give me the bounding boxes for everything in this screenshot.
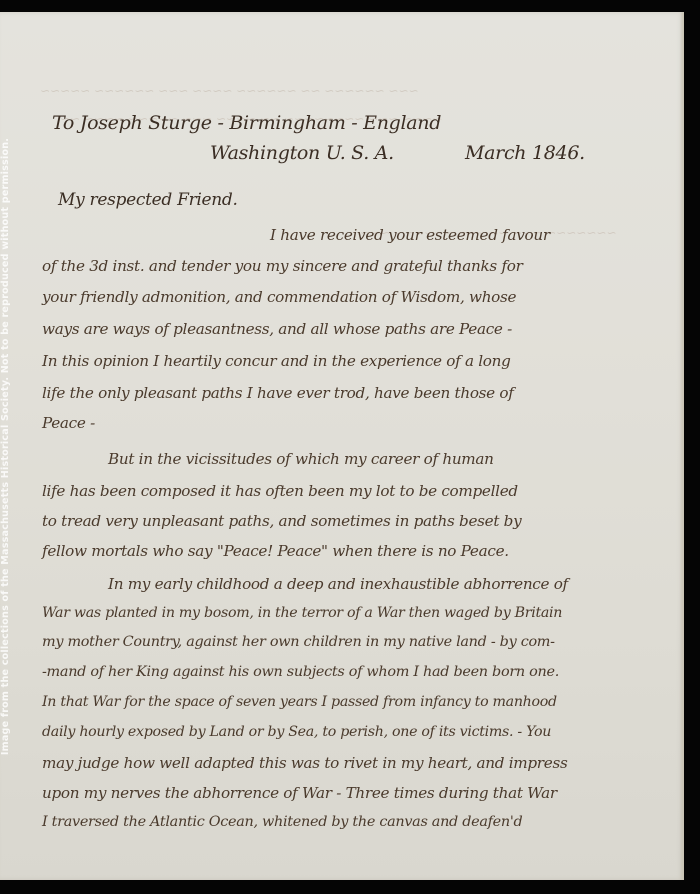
letter-line: I traversed the Atlantic Ocean, whitened… bbox=[42, 814, 522, 830]
document-viewer: ~~~ ~~~~~~ ~~ ~~~~~~ ~~~~ ~~~ ~~~~~~ ~~~… bbox=[0, 0, 700, 894]
date-line: March 1846. bbox=[465, 142, 585, 164]
letter-line: But in the vicissitudes of which my care… bbox=[108, 450, 494, 468]
letter-page: ~~~ ~~~~~~ ~~ ~~~~~~ ~~~~ ~~~ ~~~~~~ ~~~… bbox=[0, 12, 684, 880]
letter-line: your friendly admonition, and commendati… bbox=[42, 288, 516, 306]
letter-line: Peace - bbox=[42, 414, 95, 432]
letter-line: daily hourly exposed by Land or by Sea, … bbox=[42, 724, 551, 740]
letter-line: life has been composed it has often been… bbox=[42, 482, 518, 500]
letter-line: War was planted in my bosom, in the terr… bbox=[42, 605, 562, 621]
place-line: Washington U. S. A. bbox=[210, 142, 394, 164]
letter-line: to tread very unpleasant paths, and some… bbox=[42, 512, 521, 530]
watermark-text: Image from the collections of the Massac… bbox=[1, 137, 12, 754]
letter-line: In that War for the space of seven years… bbox=[42, 694, 557, 710]
letter-line: In this opinion I heartily concur and in… bbox=[42, 352, 511, 370]
letter-line: In my early childhood a deep and inexhau… bbox=[108, 575, 568, 593]
bleed-through-text: ~~~ ~~~~~~ ~~ ~~~~~~ ~~~~ ~~~ ~~~~~~ ~~~… bbox=[40, 84, 419, 98]
letter-line: my mother Country, against her own child… bbox=[42, 634, 555, 650]
letter-line: fellow mortals who say "Peace! Peace" wh… bbox=[42, 542, 509, 560]
letter-line: life the only pleasant paths I have ever… bbox=[42, 384, 514, 402]
letter-line: of the 3d inst. and tender you my sincer… bbox=[42, 257, 523, 275]
copyright-watermark: Image from the collections of the Massac… bbox=[0, 12, 12, 880]
letter-line: may judge how well adapted this was to r… bbox=[42, 754, 567, 772]
letter-line: -mand of her King against his own subjec… bbox=[42, 664, 559, 680]
letter-line: I have received your esteemed favour bbox=[270, 226, 550, 244]
letter-line: ways are ways of pleasantness, and all w… bbox=[42, 320, 512, 338]
letter-line: upon my nerves the abhorrence of War - T… bbox=[42, 784, 557, 802]
salutation: My respected Friend. bbox=[58, 190, 238, 210]
recipient-line: To Joseph Sturge - Birmingham - England bbox=[52, 112, 441, 134]
